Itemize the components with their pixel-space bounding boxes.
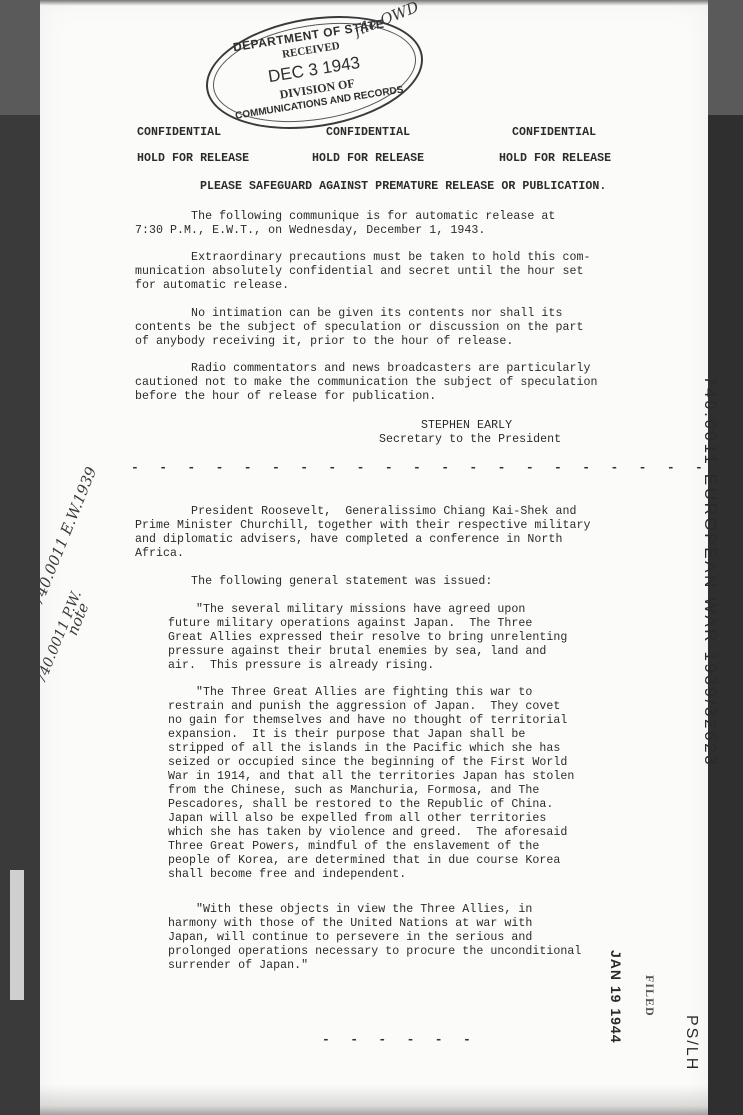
paragraph-line: harmony with those of the United Nations… [168, 917, 532, 931]
paragraph-line: "With these objects in view the Three Al… [168, 903, 532, 917]
paragraph-line: surrender of Japan." [168, 959, 308, 973]
paragraph-line: President Roosevelt, Generalissimo Chian… [135, 505, 576, 519]
paragraph-line: prolonged operations necessary to procur… [168, 945, 581, 959]
paragraph-line: munication absolutely confidential and s… [135, 265, 583, 279]
hold-label-center: HOLD FOR RELEASE [312, 152, 424, 166]
paragraph-line: Three Great Powers, mindful of the ensla… [168, 840, 539, 854]
paragraph-line: Great Allies expressed their resolve to … [168, 631, 567, 645]
hold-label-right: HOLD FOR RELEASE [499, 152, 611, 166]
paragraph-line: Africa. [135, 547, 184, 561]
paragraph-line: No intimation can be given its contents … [135, 307, 562, 321]
paragraph-line: Prime Minister Churchill, together with … [135, 519, 590, 533]
paragraph-line: seized or occupied since the beginning o… [168, 756, 567, 770]
paragraph-line: cautioned not to make the communication … [135, 376, 598, 390]
end-mark: - - - - - - [322, 1032, 477, 1047]
paragraph-line: no gain for themselves and have no thoug… [168, 714, 567, 728]
paragraph-line: Radio commentators and news broadcasters… [135, 362, 590, 376]
safeguard-notice: PLEASE SAFEGUARD AGAINST PREMATURE RELEA… [200, 180, 606, 194]
section-separator: - - - - - - - - - - - - - - - - - - - - … [131, 460, 743, 475]
paragraph-line: which she has taken by violence and gree… [168, 826, 567, 840]
file-number: 740.0011 EUROPEAN WAR 1939/32623 [700, 376, 720, 767]
paragraph-line: air. This pressure is already rising. [168, 659, 434, 673]
signature-name: STEPHEN EARLY [421, 419, 512, 433]
paragraph-line: Japan, will continue to persevere in the… [168, 931, 532, 945]
page-bottom-edge [40, 1085, 708, 1115]
paragraph-line: and diplomatic advisers, have completed … [135, 533, 562, 547]
paragraph-line: 7:30 P.M., E.W.T., on Wednesday, Decembe… [135, 224, 485, 238]
paragraph-line: Japan will also be expelled from all oth… [168, 812, 546, 826]
statement-intro: The following general statement was issu… [135, 575, 492, 589]
paragraph-line: stripped of all the islands in the Pacif… [168, 742, 560, 756]
scan-background-strip [10, 870, 24, 1000]
paragraph-line: for automatic release. [135, 279, 289, 293]
paragraph-line: people of Korea, are determined that in … [168, 854, 560, 868]
hold-label-left: HOLD FOR RELEASE [137, 152, 249, 166]
paragraph-line: restrain and punish the aggression of Ja… [168, 700, 560, 714]
signature-title: Secretary to the President [379, 433, 561, 447]
filed-date-stamp: JAN 19 1944 [608, 950, 624, 1044]
paragraph-line: expansion. It is their purpose that Japa… [168, 728, 525, 742]
paragraph-line: of anybody receiving it, prior to the ho… [135, 335, 513, 349]
paragraph-line: "The several military missions have agre… [168, 603, 525, 617]
paragraph-line: "The Three Great Allies are fighting thi… [168, 686, 532, 700]
paragraph-line: before the hour of release for publicati… [135, 390, 436, 404]
paragraph-line: shall become free and independent. [168, 868, 406, 882]
paragraph-line: future military operations against Japan… [168, 617, 532, 631]
paragraph-line: from the Chinese, such as Manchuria, For… [168, 784, 539, 798]
paragraph-line: Pescadores, shall be restored to the Rep… [168, 798, 553, 812]
paragraph-line: pressure against their brutal enemies by… [168, 645, 546, 659]
confidential-label-left: CONFIDENTIAL [137, 126, 221, 140]
initials: PS/LH [682, 1015, 700, 1071]
page-top-edge [40, 0, 708, 6]
confidential-label-center: CONFIDENTIAL [326, 126, 410, 140]
paragraph-line: Extraordinary precautions must be taken … [135, 251, 590, 265]
confidential-label-right: CONFIDENTIAL [512, 126, 596, 140]
filed-label-stamp: FILED [642, 975, 657, 1017]
scan-background-left-top [0, 0, 45, 115]
paragraph-line: War in 1914, and that all the territorie… [168, 770, 574, 784]
paragraph-line: contents be the subject of speculation o… [135, 321, 583, 335]
paragraph-line: The following communique is for automati… [135, 210, 555, 224]
scan-background-right-top [703, 0, 743, 115]
